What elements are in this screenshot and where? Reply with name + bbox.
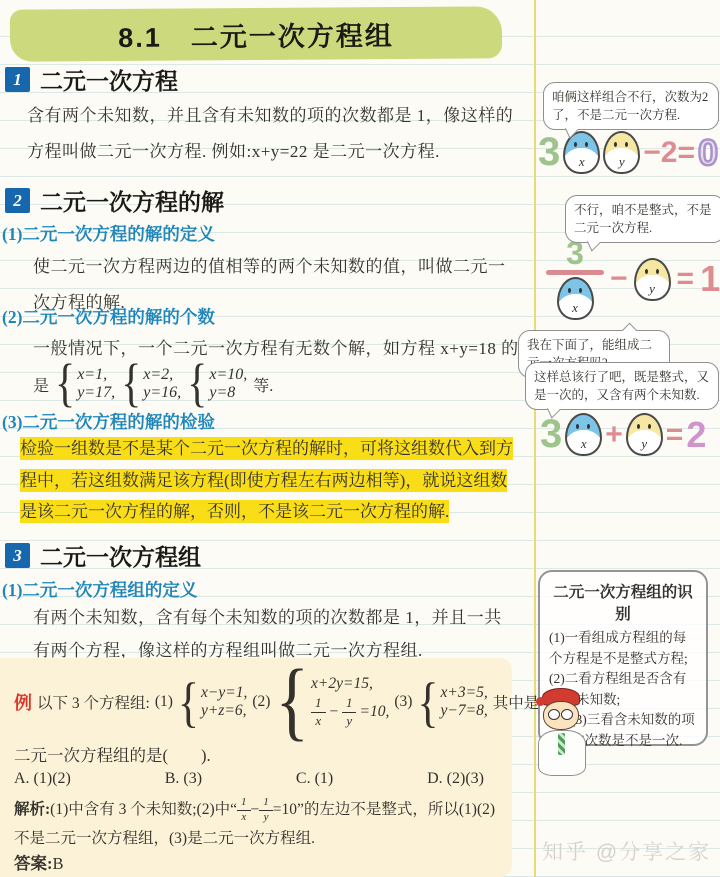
teacher-mascot-icon <box>530 688 594 780</box>
minus-2-equals: −2= <box>643 136 695 170</box>
speech-bubble-4: 这样总该行了吧，既是整式，又是一次的，又含有两个未知数. <box>525 362 719 410</box>
system-2-eq-1: x+2y=15, <box>311 675 389 693</box>
system-3: { x+3=5, y−7=8, <box>417 677 487 728</box>
section-3-sub1-heading: (1)二元一次方程组的定义 <box>2 577 197 602</box>
glasses-icon <box>548 709 560 720</box>
x-mascot-icon: x <box>565 413 602 456</box>
brace: { <box>55 354 75 414</box>
brace: { <box>187 354 207 414</box>
speech-bubble-2: 不行，咱不是整式，不是二元一次方程. <box>565 195 720 243</box>
y-mascot-icon: y <box>626 413 663 456</box>
analysis-fraction-1x: 1x <box>237 796 251 825</box>
example-intro: 以下 3 个方程组: <box>37 691 150 713</box>
analysis-pre: (1)中含有 3 个未知数;(2)中“ <box>50 801 237 818</box>
system-2-eq-2: 1 x − 1 y =10, <box>311 695 389 729</box>
solution-set-1: { x=1, y=17, <box>55 360 115 408</box>
solution-set-3: { x=10, y=8 <box>187 360 247 408</box>
option-b: B. (3) <box>165 770 202 788</box>
cartoon-equation-3x-plus-y-2: 3 x + y = 2 <box>540 412 706 457</box>
section-2-sub2-heading: (2)二元一次方程的解的个数 <box>2 304 215 329</box>
system-3-eq-1: x+3=5, <box>441 684 488 702</box>
option-a: A. (1)(2) <box>14 770 71 788</box>
answer-options: A. (1)(2) B. (3) C. (1) D. (2)(3) <box>14 770 484 788</box>
plus-sign: + <box>605 418 623 452</box>
solution-3-line-2: y=8 <box>209 384 247 402</box>
teacher-tie <box>558 733 565 755</box>
analysis-minus: − <box>251 801 260 818</box>
section-3-header: 3 二元一次方程组 <box>5 539 201 572</box>
solution-1-line-1: x=1, <box>77 366 115 384</box>
fraction-1-over-x: 1 x <box>311 695 326 729</box>
section-1-header: 1 二元一次方程 <box>5 63 178 96</box>
section-3-number-badge: 3 <box>5 543 30 568</box>
equals-10: =10, <box>359 703 389 721</box>
solution-set-2: { x=2, y=16, <box>121 360 181 408</box>
x-mascot-icon: x <box>557 277 594 320</box>
two-glyph: 2 <box>686 414 706 456</box>
system-2-label: (2) <box>252 693 270 711</box>
fraction-3-over-x: 3 x <box>546 238 604 320</box>
section-2-sub3-heading: (3)二元一次方程的解的检验 <box>2 409 215 434</box>
example-label: 例 <box>14 689 32 715</box>
fraction-1-over-y: 1 y <box>342 695 357 729</box>
zero-glyph: 0 <box>698 132 718 174</box>
glasses-icon <box>561 709 573 720</box>
brace: { <box>417 670 438 734</box>
teacher-face <box>543 701 579 730</box>
section-1-body: 含有两个未知数，并且含有未知数的项的次数都是 1，像这样的方程叫做二元一次方程.… <box>27 98 517 170</box>
teacher-body <box>538 730 586 776</box>
brace: { <box>178 670 199 734</box>
highlight-text: 检验一组数是不是某个二元一次方程的解时，可将这组数代入到方程中，若这组数满足该方… <box>20 437 513 523</box>
section-2-sub1-heading: (1)二元一次方程的解的定义 <box>2 221 215 246</box>
watermark: 知乎 @分享之家 <box>542 836 711 866</box>
example-question: 二元一次方程组的是( ). <box>14 742 211 766</box>
system-3-eq-2: y−7=8, <box>441 702 488 720</box>
option-c: C. (1) <box>296 770 333 788</box>
section-1-heading: 二元一次方程 <box>40 63 178 96</box>
system-1-eq-2: y+z=6, <box>201 702 247 720</box>
solutions-suffix: 等. <box>253 373 273 396</box>
solutions-prefix: 是 <box>33 373 49 396</box>
solution-3-line-1: x=10, <box>209 366 247 384</box>
tip-title: 二元一次方程组的识别 <box>549 580 697 624</box>
section-2-header: 2 二元一次方程的解 <box>5 184 224 217</box>
minus-sign: − <box>610 262 628 296</box>
y-mascot-icon: y <box>634 258 671 301</box>
answer-label: 答案: <box>14 854 53 873</box>
example-answer: 答案:B <box>14 850 64 874</box>
speech-bubble-1: 咱俩这样组合不行，次数为2了，不是二元一次方程. <box>543 82 719 130</box>
answer-value: B <box>53 854 64 873</box>
cartoon-equation-3xy-2-0: 3 x y −2= 0 <box>538 130 718 175</box>
lesson-title-banner: 8.1 二元一次方程组 <box>10 6 502 61</box>
highlighted-note: 检验一组数是不是某个二元一次方程的解时，可将这组数代入到方程中，若这组数满足该方… <box>20 433 514 528</box>
system-2: { x+2y=15, 1 x − 1 y =10, <box>275 662 389 742</box>
tip-item-1: (1)一看组成方程组的每个方程是不是整式方程; <box>549 628 697 669</box>
one-glyph: 1 <box>700 258 720 300</box>
solution-sets-row: 是 { x=1, y=17, { x=2, y=16, { x=10, y=8 … <box>33 360 273 408</box>
solution-2-line-1: x=2, <box>143 366 181 384</box>
section-2-number-badge: 2 <box>5 188 30 213</box>
solution-1-line-2: y=17, <box>77 384 115 402</box>
y-mascot-icon: y <box>603 131 640 174</box>
section-2-heading: 二元一次方程的解 <box>40 184 224 217</box>
analysis-label: 解析: <box>14 801 50 818</box>
section-3-heading: 二元一次方程组 <box>40 539 201 572</box>
lesson-title: 8.1 二元一次方程组 <box>118 14 394 55</box>
system-3-label: (3) <box>394 693 412 711</box>
fraction-bar <box>546 270 604 275</box>
system-1-eq-1: x−y=1, <box>201 684 247 702</box>
example-analysis: 解析:(1)中含有 3 个未知数;(2)中“1x−1y=10”的左边不是整式，所… <box>14 796 496 852</box>
green-coefficient: 3 <box>538 130 560 175</box>
minus-sign: − <box>329 703 339 721</box>
system-1: { x−y=1, y+z=6, <box>178 677 247 728</box>
system-1-label: (1) <box>155 693 173 711</box>
analysis-fraction-1y: 1y <box>259 796 273 825</box>
example-systems-row: 例 以下 3 个方程组: (1) { x−y=1, y+z=6, (2) { x… <box>14 664 539 740</box>
section-1-number-badge: 1 <box>5 67 30 92</box>
equals-sign: = <box>677 262 695 296</box>
solution-2-line-2: y=16, <box>143 384 181 402</box>
brace: { <box>121 354 141 414</box>
brace: { <box>275 652 309 752</box>
example-box: 例 以下 3 个方程组: (1) { x−y=1, y+z=6, (2) { x… <box>0 658 512 877</box>
option-d: D. (2)(3) <box>427 770 484 788</box>
cartoon-equation-3-over-x: 3 x − y = 1 <box>546 238 720 320</box>
equals-sign: = <box>666 418 684 452</box>
